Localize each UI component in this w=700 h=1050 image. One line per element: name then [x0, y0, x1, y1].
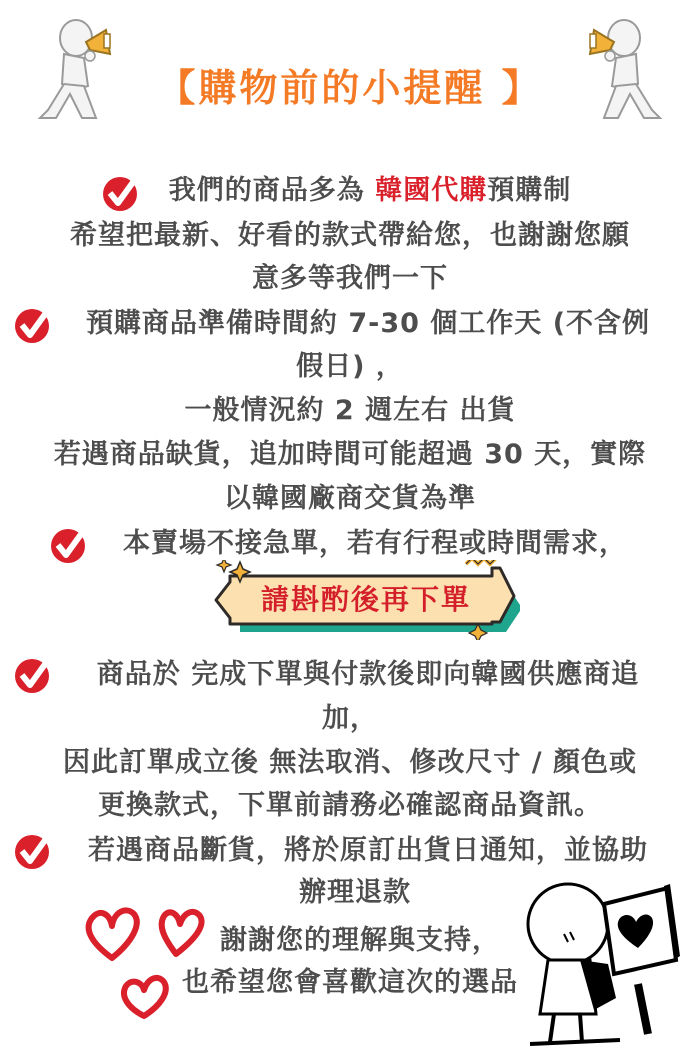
hearts-icon [84, 898, 214, 1028]
notice-text: 我們的商品多為 [169, 175, 375, 206]
page-title: 【購物前的小提醒 】 [0, 64, 700, 112]
notice-1-line-1: 我們的商品多為 韓國代購預購制 [0, 174, 700, 208]
notice-2-line-1: 預購商品準備時間約 7-30 個工作天 (不含例 [0, 307, 700, 341]
notice-2-line-4: 若遇商品缺貨，追加時間可能超過 30 天，實際 [0, 438, 700, 472]
notice-5-line-1: 若遇商品斷貨，將於原訂出貨日通知，並協助 [0, 834, 700, 868]
notice-2-line-3: 一般情況約 2 週左右 出貨 [0, 394, 700, 428]
notice-3-line-1: 本賣場不接急單，若有行程或時間需求， [0, 527, 700, 561]
notice-4-line-4: 更換款式，下單前請務必確認商品資訊。 [0, 789, 700, 823]
figure-holding-heart-sign-icon [520, 874, 680, 1050]
notice-2-line-2: 假日) ， [0, 350, 700, 384]
notice-1-line-2: 希望把最新、好看的款式帶給您，也謝謝您願 [0, 219, 700, 253]
highlight-text: 韓國代購 [375, 175, 487, 206]
notice-4-line-2: 加， [0, 702, 700, 736]
notice-2-line-5: 以韓國廠商交貨為準 [0, 482, 700, 516]
banner-text: 請斟酌後再下單 [216, 578, 516, 622]
notice-text: 預購制 [487, 175, 571, 206]
notice-4-line-1: 商品於 完成下單與付款後即向韓國供應商追 [0, 658, 700, 692]
notice-1-line-3: 意多等我們一下 [0, 262, 700, 296]
notice-4-line-3: 因此訂單成立後 無法取消、修改尺寸 / 顏色或 [0, 746, 700, 780]
